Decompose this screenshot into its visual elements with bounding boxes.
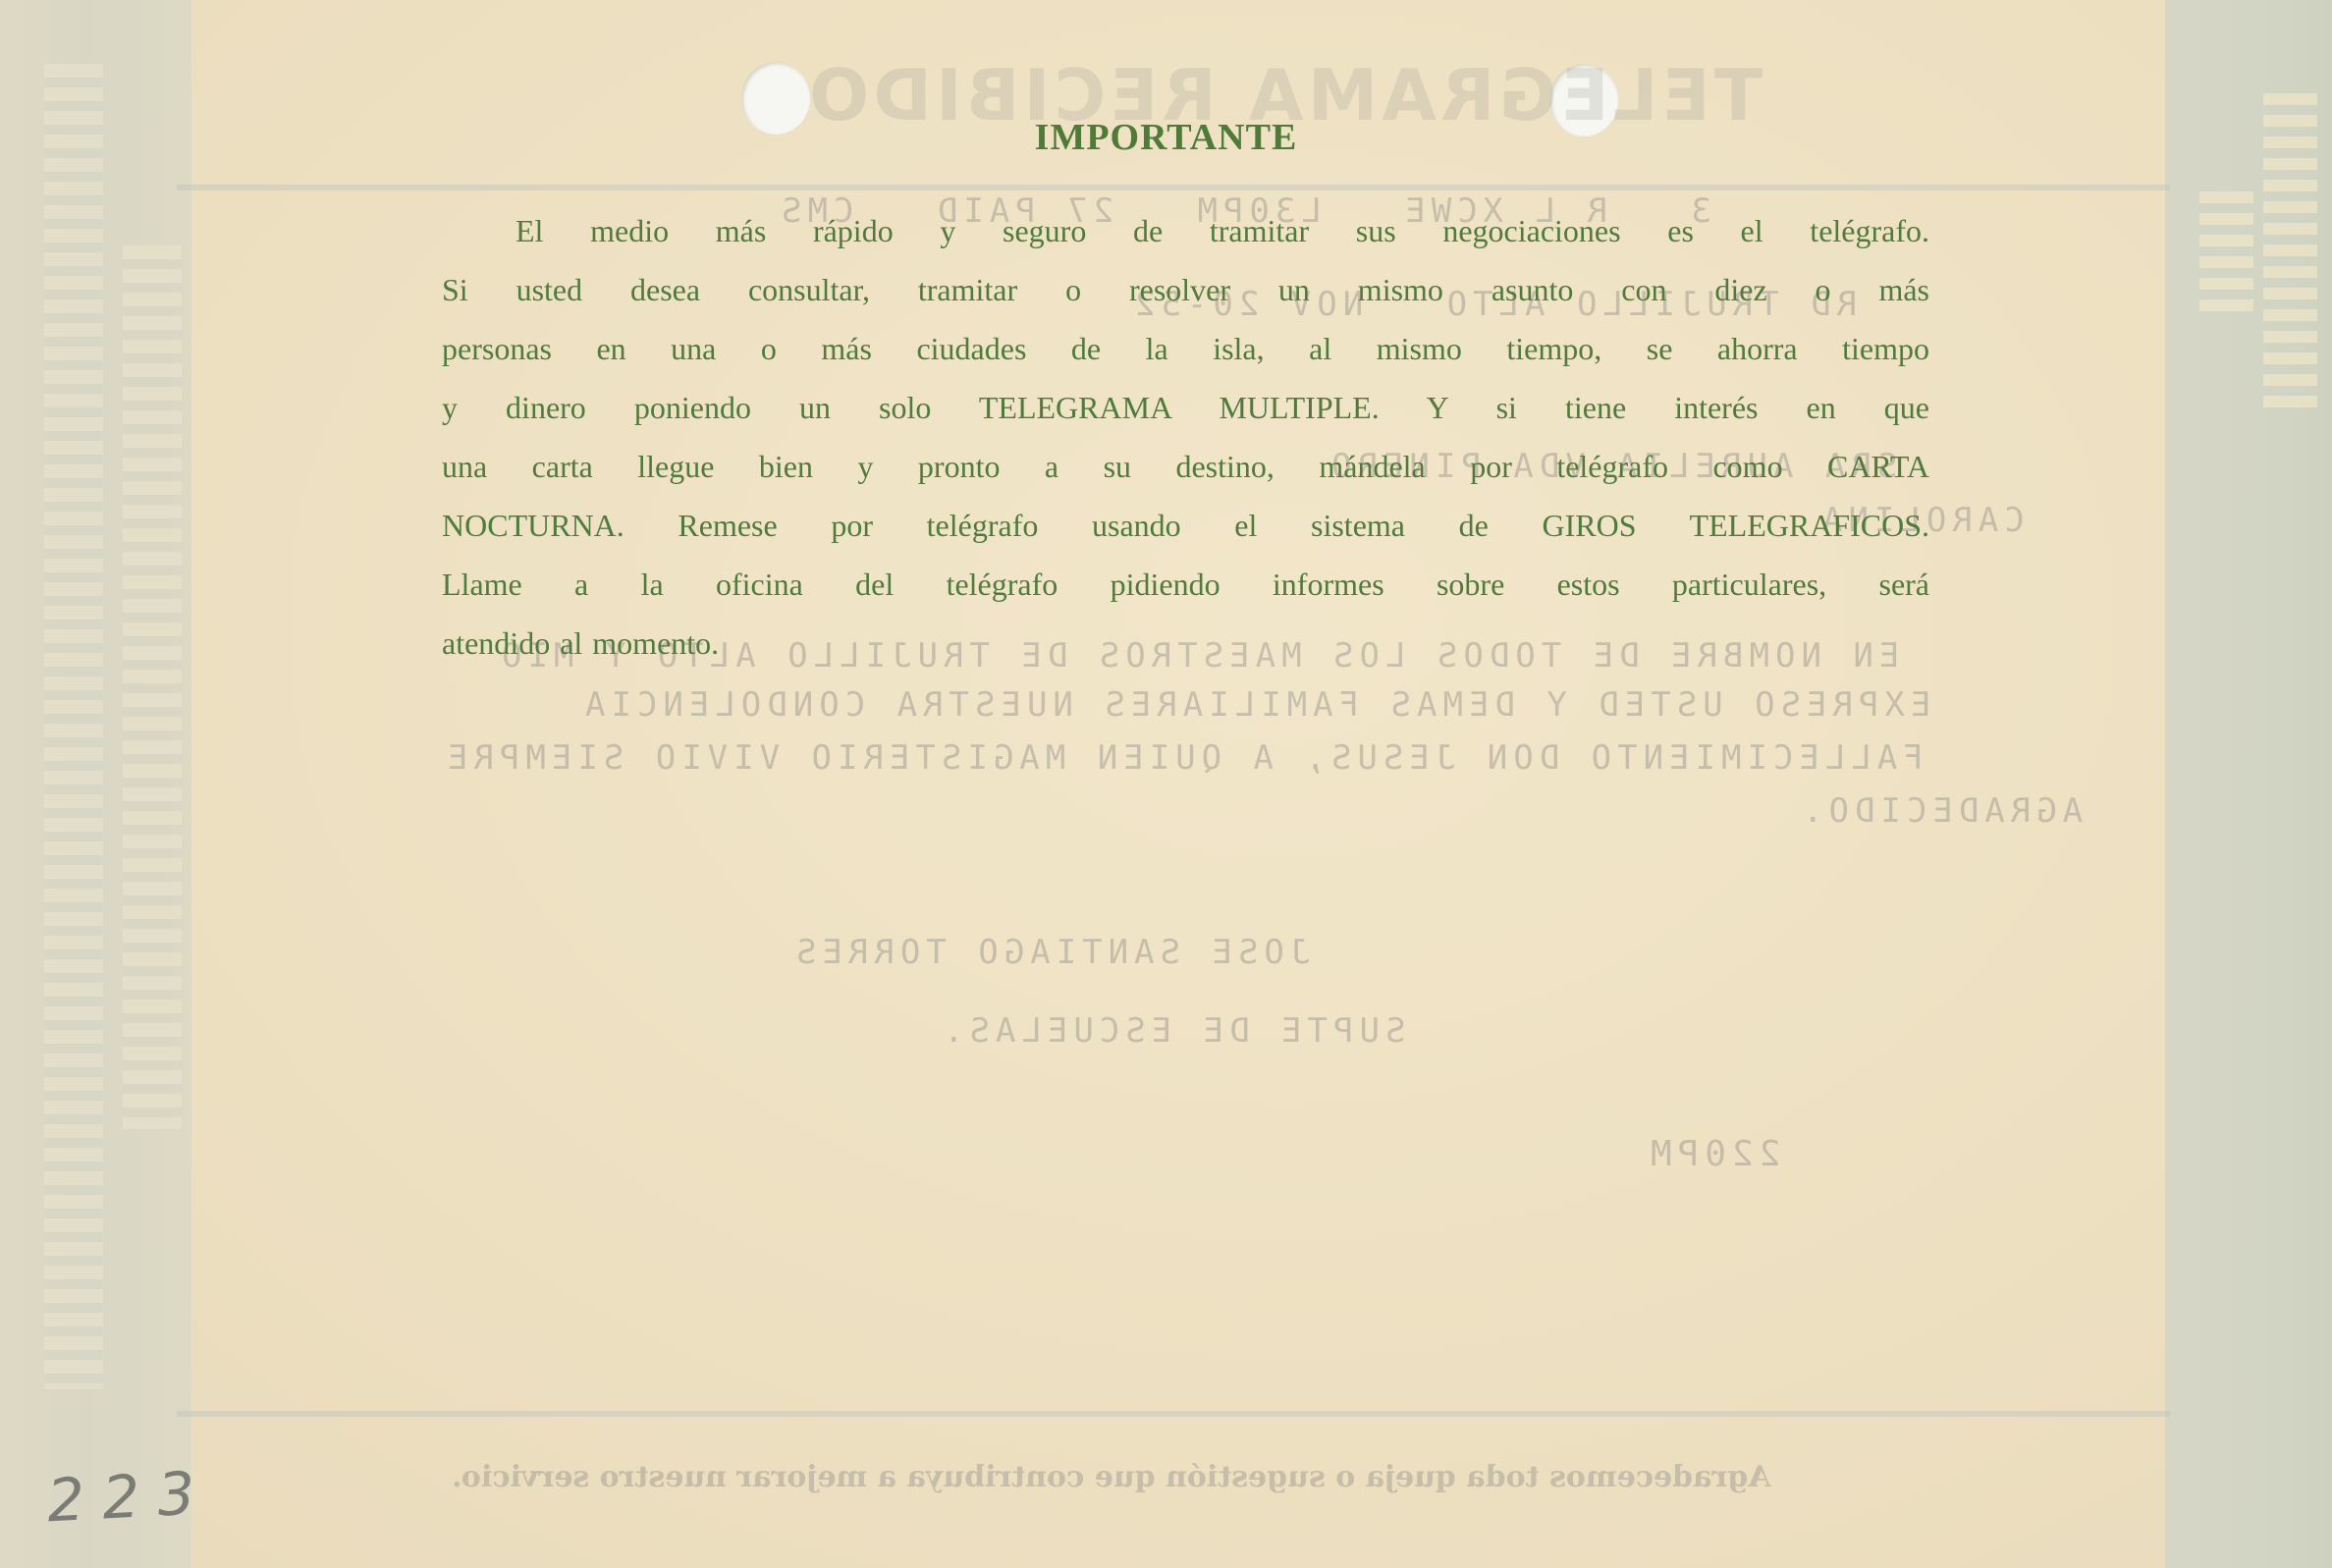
paragraph-line: atendido al momento.: [442, 614, 1929, 673]
left-margin-strip: [0, 0, 191, 1568]
paragraph-line: y dinero poniendo un solo TELEGRAMA MULT…: [442, 378, 1929, 437]
bleed-rule-top: [177, 185, 2170, 190]
paragraph-line: Llame a la oficina del telégrafo pidiend…: [442, 555, 1929, 614]
bleed-rule-bottom: [177, 1411, 2170, 1417]
bleed-signature-1: JOSE SANTIAGO TORRES: [790, 933, 1310, 972]
right-margin-strip: [2165, 0, 2332, 1568]
right-strip-ghost-column: [2199, 191, 2253, 314]
document-title: IMPORTANTE: [0, 116, 2332, 159]
paragraph-line: personas en una o más ciudades de la isl…: [442, 319, 1929, 378]
handwritten-page-number: 223: [45, 1459, 214, 1537]
bleed-message-line: FALLECIMIENTO DON JESUS, A QUIEN MAGISTE…: [442, 738, 1924, 778]
paragraph-line: NOCTURNA. Remese por telégrafo usando el…: [442, 496, 1929, 555]
bleed-footer: Agradecemos toda queja o sugestión que c…: [452, 1460, 1771, 1494]
paragraph-line: El medio más rápido y seguro de tramitar…: [442, 201, 1929, 260]
bleed-signature-2: SUPTE DE ESCUELAS.: [938, 1011, 1405, 1051]
bleed-message-line: EXPRESO USTED Y DEMAS FAMILIARES NUESTRA…: [579, 685, 1930, 725]
left-strip-ghost-column: [123, 245, 182, 1129]
notice-paragraph: El medio más rápido y seguro de tramitar…: [442, 201, 1929, 673]
bleed-time: 220PM: [1645, 1134, 1780, 1174]
bleed-message-line: AGRADECIDO.: [1797, 791, 2083, 831]
paragraph-line: una carta llegue bien y pronto a su dest…: [442, 437, 1929, 496]
paragraph-line: Si usted desea consultar, tramitar o res…: [442, 260, 1929, 319]
left-strip-ghost-column: [44, 64, 103, 1389]
